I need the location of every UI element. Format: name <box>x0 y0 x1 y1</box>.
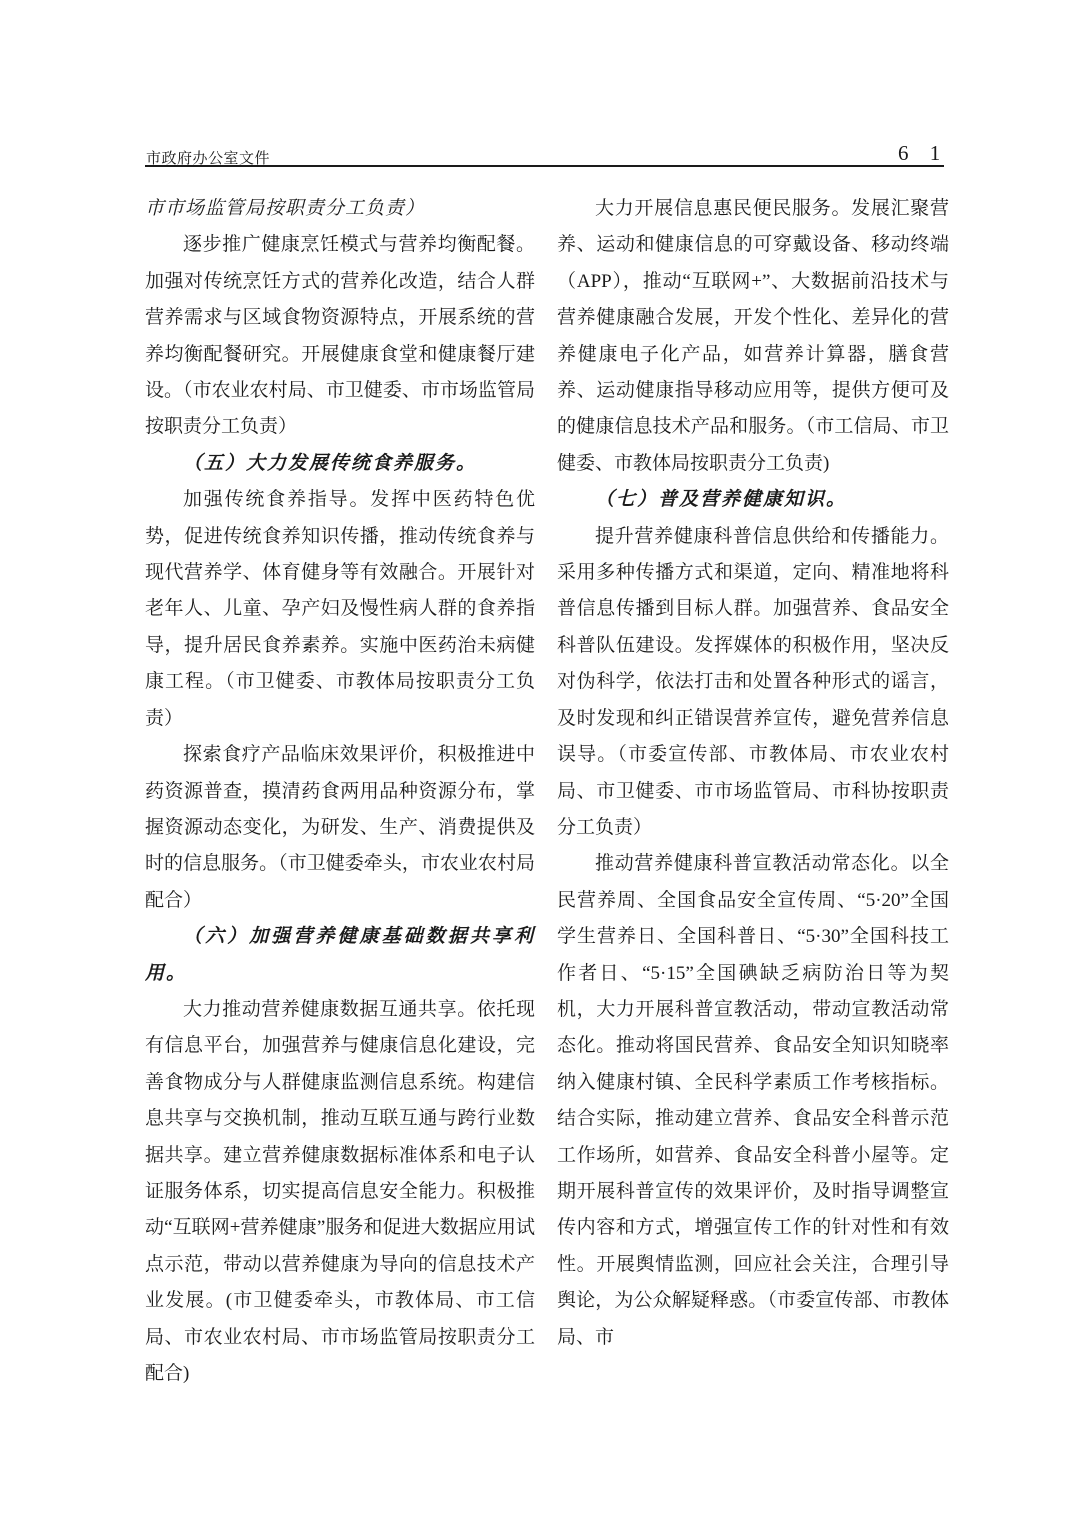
section-heading-6: （六）加强营养健康基础数据共享利用。 <box>145 919 535 992</box>
paragraph: 探索食疗产品临床效果评价，积极推进中药资源普查，摸清药食两用品种资源分布，掌握资… <box>145 737 535 919</box>
page-number: 6 1 <box>898 141 948 166</box>
section-heading-7: （七）普及营养健康知识。 <box>557 482 949 518</box>
document-page: 市政府办公室文件 6 1 市市场监管局按职责分工负责） 逐步推广健康烹饪模式与营… <box>0 0 1074 1520</box>
paragraph: 推动营养健康科普宣教活动常态化。以全民营养周、全国食品安全宣传周、“5·20”全… <box>557 846 949 1356</box>
paragraph: 加强传统食养指导。发挥中医药特色优势，促进传统食养知识传播，推动传统食养与现代营… <box>145 482 535 737</box>
left-column: 市市场监管局按职责分工负责） 逐步推广健康烹饪模式与营养均衡配餐。加强对传统烹饪… <box>145 191 535 1392</box>
paragraph: 逐步推广健康烹饪模式与营养均衡配餐。加强对传统烹饪方式的营养化改造，结合人群营养… <box>145 227 535 445</box>
paragraph: 大力开展信息惠民便民服务。发展汇聚营养、运动和健康信息的可穿戴设备、移动终端（A… <box>557 191 949 482</box>
section-heading-5: （五）大力发展传统食养服务。 <box>145 446 535 482</box>
paragraph-continuation: 市市场监管局按职责分工负责） <box>145 191 535 227</box>
header-rule <box>145 165 944 167</box>
paragraph: 提升营养健康科普信息供给和传播能力。采用多种传播方式和渠道，定向、精准地将科普信… <box>557 519 949 847</box>
paragraph: 大力推动营养健康数据互通共享。依托现有信息平台，加强营养与健康信息化建设，完善食… <box>145 992 535 1392</box>
right-column: 大力开展信息惠民便民服务。发展汇聚营养、运动和健康信息的可穿戴设备、移动终端（A… <box>557 191 949 1356</box>
